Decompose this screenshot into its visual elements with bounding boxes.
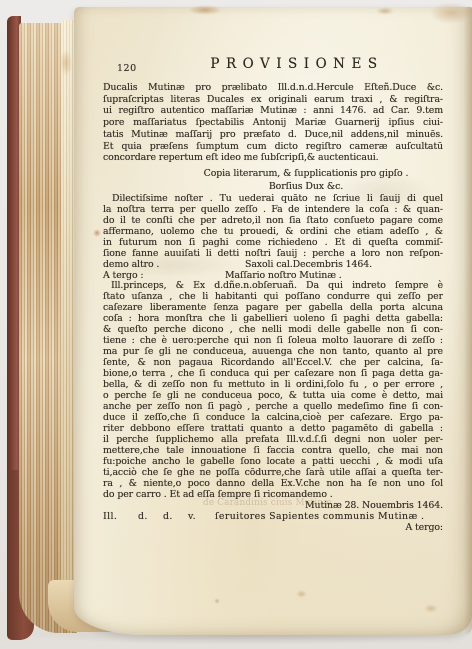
foxing-stain: [93, 229, 101, 237]
signature-abbrev: v.: [188, 511, 215, 523]
attestation-last-line: concordare repertum eſt ideo me ſubſcrip…: [103, 152, 443, 164]
ducal-letter-paragraph: Dilectiſsime noſter . Tu uederai quāto n…: [103, 194, 443, 259]
signature-abbrev: d.: [138, 511, 163, 523]
copy-heading-line1: Copia literarum, & ſupplicationis pro gi…: [136, 168, 472, 180]
foxing-stain: [60, 50, 72, 76]
supplication-a-tergo: A tergo:: [103, 522, 459, 534]
letter-dateline: Saxoli cal.Decembris 1464.: [245, 259, 372, 271]
letter-dateline-left: demo altro .: [103, 259, 159, 270]
attestation-paragraph: Ducalis Mutinæ pro prælibato Ill.d.n.d.H…: [103, 82, 443, 152]
page-text-block: 120 PROVISIONES Ducalis Mutinæ pro præli…: [103, 7, 443, 647]
signature-row: Ill.d.d.v.ſeruitores Sapientes communis …: [103, 511, 443, 523]
signature-abbrev: Ill.: [103, 511, 138, 523]
supplication-paragraph: Ill.princeps, & Ex d.dñe.n.obſeruañ. Da …: [103, 280, 443, 489]
page-gutter-edge: [464, 7, 472, 635]
signature-abbrev: d.: [163, 511, 188, 523]
book-photo: 120 PROVISIONES Ducalis Mutinæ pro præli…: [0, 0, 472, 649]
letter-dateline-row: demo altro . Saxoli cal.Decembris 1464.: [103, 259, 443, 271]
running-title: PROVISIONES: [127, 59, 467, 71]
page-header: 120 PROVISIONES: [103, 59, 443, 75]
copy-heading-line2: Borſius Dux &c.: [136, 181, 472, 193]
signature-text: ſeruitores Sapientes communis Mutinæ .: [215, 511, 424, 522]
verso-show-through-text: de Carandinis ciuis Mutinæ: [203, 498, 332, 510]
